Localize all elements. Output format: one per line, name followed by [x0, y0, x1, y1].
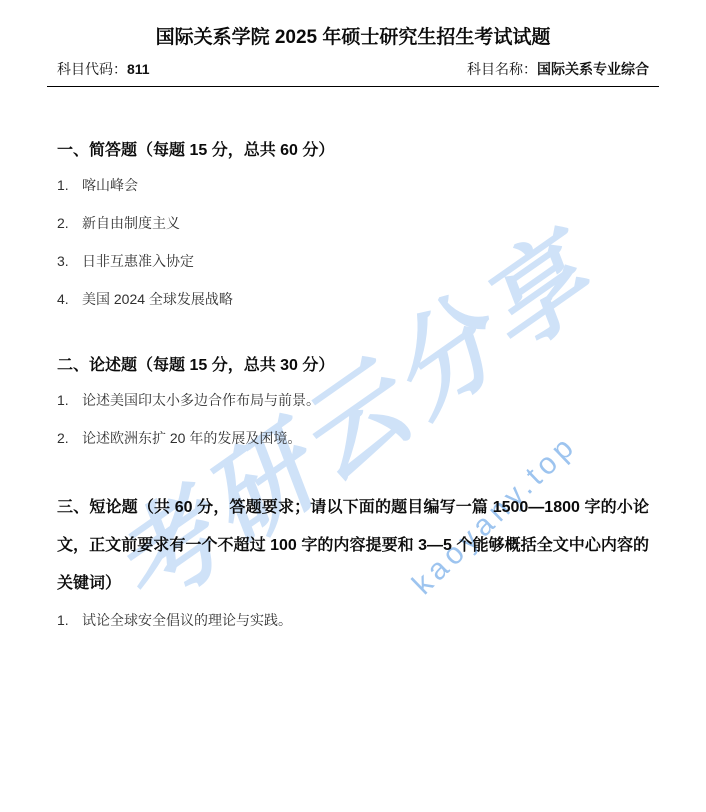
section-short-essay: 三、短论题（共 60 分，答题要求；请以下面的题目编写一篇 1500—1800 … — [57, 489, 649, 629]
question-text: 试论全球安全倡议的理论与实践。 — [82, 612, 649, 629]
question-item: 1. 论述美国印太小多边合作布局与前景。 — [57, 392, 649, 409]
subject-code-value: 811 — [127, 61, 150, 77]
question-item: 4. 美国 2024 全球发展战略 — [57, 291, 649, 308]
question-number: 1. — [57, 177, 82, 194]
section-heading: 三、短论题（共 60 分，答题要求；请以下面的题目编写一篇 1500—1800 … — [57, 489, 649, 603]
section-essay: 二、论述题（每题 15 分，总共 30 分） 1. 论述美国印太小多边合作布局与… — [57, 356, 649, 447]
section-heading: 一、简答题（每题 15 分，总共 60 分） — [57, 141, 649, 161]
subject-name-label: 科目名称： — [467, 61, 537, 77]
question-item: 2. 新自由制度主义 — [57, 215, 649, 232]
subject-name: 科目名称：国际关系专业综合 — [467, 61, 649, 77]
subject-code: 科目代码：811 — [57, 61, 150, 77]
exam-paper-page: 考研云分享 kaoyany.top 国际关系学院 2025 年硕士研究生招生考试… — [0, 0, 706, 812]
section-short-answer: 一、简答题（每题 15 分，总共 60 分） 1. 喀山峰会 2. 新自由制度主… — [57, 141, 649, 308]
question-item: 3. 日非互惠准入协定 — [57, 253, 649, 270]
document-content: 国际关系学院 2025 年硕士研究生招生考试试题 科目代码：811 科目名称：国… — [0, 27, 706, 629]
page-title: 国际关系学院 2025 年硕士研究生招生考试试题 — [57, 27, 649, 49]
question-item: 1. 试论全球安全倡议的理论与实践。 — [57, 612, 649, 629]
question-text: 美国 2024 全球发展战略 — [82, 291, 649, 308]
section-heading: 二、论述题（每题 15 分，总共 30 分） — [57, 356, 649, 376]
question-text: 论述美国印太小多边合作布局与前景。 — [82, 392, 649, 409]
question-text: 喀山峰会 — [82, 177, 649, 194]
question-number: 3. — [57, 253, 82, 270]
question-item: 2. 论述欧洲东扩 20 年的发展及困境。 — [57, 430, 649, 447]
question-number: 1. — [57, 392, 82, 409]
question-text: 新自由制度主义 — [82, 215, 649, 232]
question-number: 2. — [57, 215, 82, 232]
question-item: 1. 喀山峰会 — [57, 177, 649, 194]
subject-name-value: 国际关系专业综合 — [537, 61, 649, 77]
question-number: 4. — [57, 291, 82, 308]
subject-meta-row: 科目代码：811 科目名称：国际关系专业综合 — [57, 61, 649, 77]
question-number: 2. — [57, 430, 82, 447]
question-number: 1. — [57, 612, 82, 629]
header-divider — [47, 86, 659, 87]
question-text: 论述欧洲东扩 20 年的发展及困境。 — [82, 430, 649, 447]
question-text: 日非互惠准入协定 — [82, 253, 649, 270]
subject-code-label: 科目代码： — [57, 61, 127, 77]
